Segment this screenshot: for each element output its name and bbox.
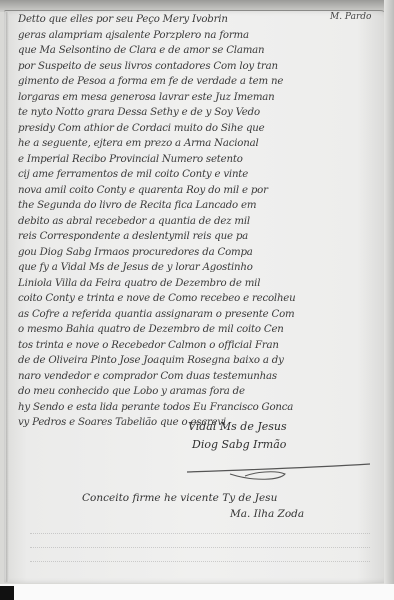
manuscript-line: do meu conhecido que Lobo y aramas fora … bbox=[18, 384, 386, 400]
manuscript-line: cij ame ferramentos de mil coito Conty e… bbox=[18, 167, 386, 183]
manuscript-line: Liniola Villa da Feira quatro de Dezembr… bbox=[18, 276, 386, 292]
manuscript-line: as Cofre a referida quantia assignaram o… bbox=[18, 307, 386, 323]
manuscript-line: he a seguente, ejtera em prezo a Arma Na… bbox=[18, 136, 386, 152]
manuscript-line: hy Sendo e esta lida perante todos Eu Fr… bbox=[18, 400, 386, 416]
manuscript-line: geras alampriam ajsalente Porzplero na f… bbox=[18, 28, 386, 44]
manuscript-line: coito Conty e trinta e nove de Como rece… bbox=[18, 291, 386, 307]
manuscript-line: gou Diog Sabg Irmaos procuredores da Com… bbox=[18, 245, 386, 261]
manuscript-line: que Ma Selsontino de Clara e de amor se … bbox=[18, 43, 386, 59]
signature-block: Vidal Ms de Jesus Diog Sabg Irmão bbox=[188, 418, 378, 454]
manuscript-line: naro vendedor e comprador Com duas teste… bbox=[18, 369, 386, 385]
manuscript-line: te nyto Notto grara Dessa Sethy e de y S… bbox=[18, 105, 386, 121]
ink-bleed-through bbox=[30, 520, 370, 570]
manuscript-body: Detto que elles por seu Peço Mery Ivobri… bbox=[18, 12, 386, 431]
manuscript-line: nova amil coito Conty e quarenta Roy do … bbox=[18, 183, 386, 199]
manuscript-line: o mesmo Bahia quatro de Dezembro de mil … bbox=[18, 322, 386, 338]
signature: Diog Sabg Irmão bbox=[188, 436, 378, 454]
manuscript-scan: M. Pardo Detto que elles por seu Peço Me… bbox=[0, 0, 394, 600]
manuscript-line: Detto que elles por seu Peço Mery Ivobri… bbox=[18, 12, 386, 28]
manuscript-line: lorgaras em mesa generosa lavrar este Ju… bbox=[18, 90, 386, 106]
manuscript-line: tos trinta e nove o Recebedor Calmon o o… bbox=[18, 338, 386, 354]
closing-note: Conceito firme he vicente Ty de Jesu Ma.… bbox=[82, 490, 392, 522]
manuscript-line: the Segunda do livro de Recita fica Lanc… bbox=[18, 198, 386, 214]
manuscript-line: presidy Com athior de Cordaci muito do S… bbox=[18, 121, 386, 137]
signature: Vidal Ms de Jesus bbox=[188, 418, 378, 436]
closing-note-line: Conceito firme he vicente Ty de Jesu bbox=[82, 490, 392, 506]
manuscript-line: reis Correspondente a deslentymil reis q… bbox=[18, 229, 386, 245]
manuscript-line: e Imperial Recibo Provincial Numero sete… bbox=[18, 152, 386, 168]
manuscript-line: gimento de Pesoa a forma em fe de verdad… bbox=[18, 74, 386, 90]
page-binding-edge bbox=[6, 12, 9, 582]
scan-corner-marker bbox=[0, 586, 14, 600]
manuscript-line: por Suspeito de seus livros contadores C… bbox=[18, 59, 386, 75]
scan-bottom-margin bbox=[0, 584, 394, 600]
signature-flourish-icon bbox=[185, 460, 375, 484]
manuscript-line: que fy a Vidal Ms de Jesus de y lorar Ag… bbox=[18, 260, 386, 276]
manuscript-line: de de Oliveira Pinto Jose Joaquim Rosegn… bbox=[18, 353, 386, 369]
manuscript-line: debito as abral recebedor a quantia de d… bbox=[18, 214, 386, 230]
